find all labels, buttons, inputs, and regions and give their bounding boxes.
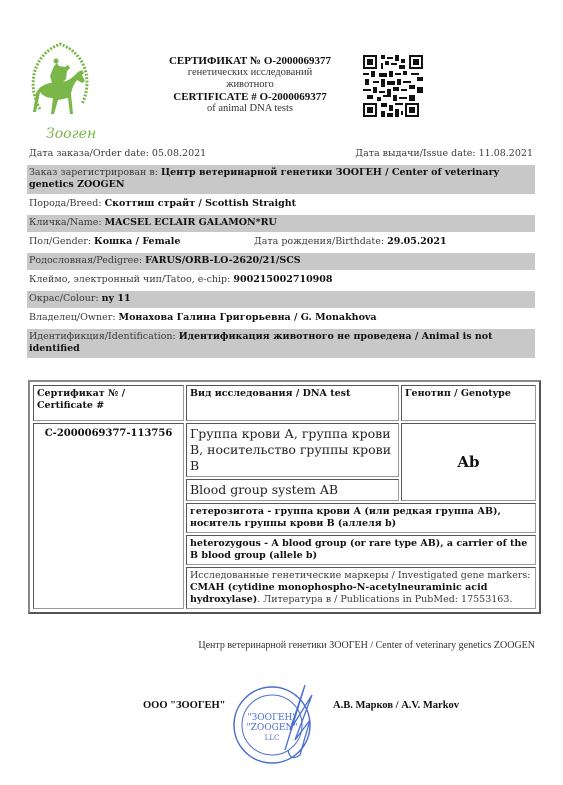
pedigree-row: Родословная/Pedigree: FARUS/ORB-LO-2620/… xyxy=(27,253,535,270)
gender-birthdate-row: Пол/Gender: Кошка / Female Дата рождения… xyxy=(27,234,535,251)
certificate-title-ru: СЕРТИФИКАТ № O-2000069377 xyxy=(150,55,350,67)
subtitle-ru-line1: генетических исследований xyxy=(150,67,350,79)
owner-row: Владелец/Owner: Монахова Галина Григорье… xyxy=(27,310,535,327)
chip-row: Клеймо, электронный чип/Tatoo, e-chip: 9… xyxy=(27,272,535,289)
header-certificate: Сертификат № / Certificate # xyxy=(33,385,184,421)
table-header-row: Сертификат № / Certificate # Вид исследо… xyxy=(33,385,536,421)
animal-name: MACSEL ECLAIR GALAMON*RU xyxy=(105,217,277,228)
genotype-value: Ab xyxy=(401,423,536,501)
test-name-en: Blood group system AB xyxy=(186,479,399,501)
organization-name: ООО "ЗООГЕН" xyxy=(143,700,226,711)
pedigree-value: FARUS/ORB-LO-2620/21/SCS xyxy=(145,255,301,266)
result-en: heterozygous - A blood group (or rare ty… xyxy=(186,535,536,565)
official-stamp-icon: "ЗООГЕН" "ZOOGEN" LLC xyxy=(230,670,330,770)
table-row: C-2000069377-113756 Группа крови А, груп… xyxy=(33,423,536,477)
dates-row: Дата заказа/Order date: 05.08.2021 Дата … xyxy=(27,146,535,163)
certificate-number: C-2000069377-113756 xyxy=(33,423,184,609)
zoogen-logo: Зооген xyxy=(20,34,100,144)
results-table: Сертификат № / Certificate # Вид исследо… xyxy=(31,383,538,611)
center-name-footer: Центр ветеринарной генетики ЗООГЕН / Cen… xyxy=(100,640,535,651)
markers-info: Исследованные генетические маркеры / Inv… xyxy=(186,567,536,609)
qr-code-icon xyxy=(363,55,413,117)
gender: Пол/Gender: Кошка / Female xyxy=(29,236,254,248)
signer-name: А.В. Марков / A.V. Markov xyxy=(333,700,459,711)
chip-value: 900215002710908 xyxy=(233,274,332,285)
svg-text:LLC: LLC xyxy=(265,734,280,742)
order-date: Дата заказа/Order date: 05.08.2021 xyxy=(29,148,206,160)
issue-date: Дата выдачи/Issue date: 11.08.2021 xyxy=(355,148,533,160)
registered-row: Заказ зарегистрирован в: Центр ветеринар… xyxy=(27,165,535,194)
header-genotype: Генотип / Genotype xyxy=(401,385,536,421)
certificate-title-block: СЕРТИФИКАТ № O-2000069377 генетических и… xyxy=(150,55,350,115)
animal-info-section: Дата заказа/Order date: 05.08.2021 Дата … xyxy=(27,146,535,360)
colour-value: ny 11 xyxy=(102,293,131,304)
subtitle-ru-line2: животного xyxy=(150,79,350,91)
svg-text:Зооген: Зооген xyxy=(46,126,96,142)
svg-text:"ЗООГЕН": "ЗООГЕН" xyxy=(247,713,296,723)
birthdate: Дата рождения/Birthdate: 29.05.2021 xyxy=(254,236,447,248)
certificate-title-en: CERTIFICATE # O-2000069377 xyxy=(150,91,350,103)
header-dna-test: Вид исследования / DNA test xyxy=(186,385,399,421)
subtitle-en: of animal DNA tests xyxy=(150,103,350,115)
name-row: Кличка/Name: MACSEL ECLAIR GALAMON*RU xyxy=(27,215,535,232)
colour-row: Окрас/Colour: ny 11 xyxy=(27,291,535,308)
identification-row: Идентификция/Identification: Идентификац… xyxy=(27,329,535,358)
dna-test-results-table: Сертификат № / Certificate # Вид исследо… xyxy=(28,380,541,614)
breed-row: Порода/Breed: Скоттиш страйт / Scottish … xyxy=(27,196,535,213)
test-name-ru: Группа крови А, группа крови В, носитель… xyxy=(186,423,399,477)
owner-value: Монахова Галина Григорьевна / G. Monakho… xyxy=(119,312,377,323)
result-ru: гетерозигота - группа крови А (или редка… xyxy=(186,503,536,533)
literature-ref: . Литература в / Publications in PubMed:… xyxy=(257,594,512,605)
svg-text:"ZOOGEN": "ZOOGEN" xyxy=(247,723,298,733)
breed-value: Скоттиш страйт / Scottish Straight xyxy=(105,198,296,209)
